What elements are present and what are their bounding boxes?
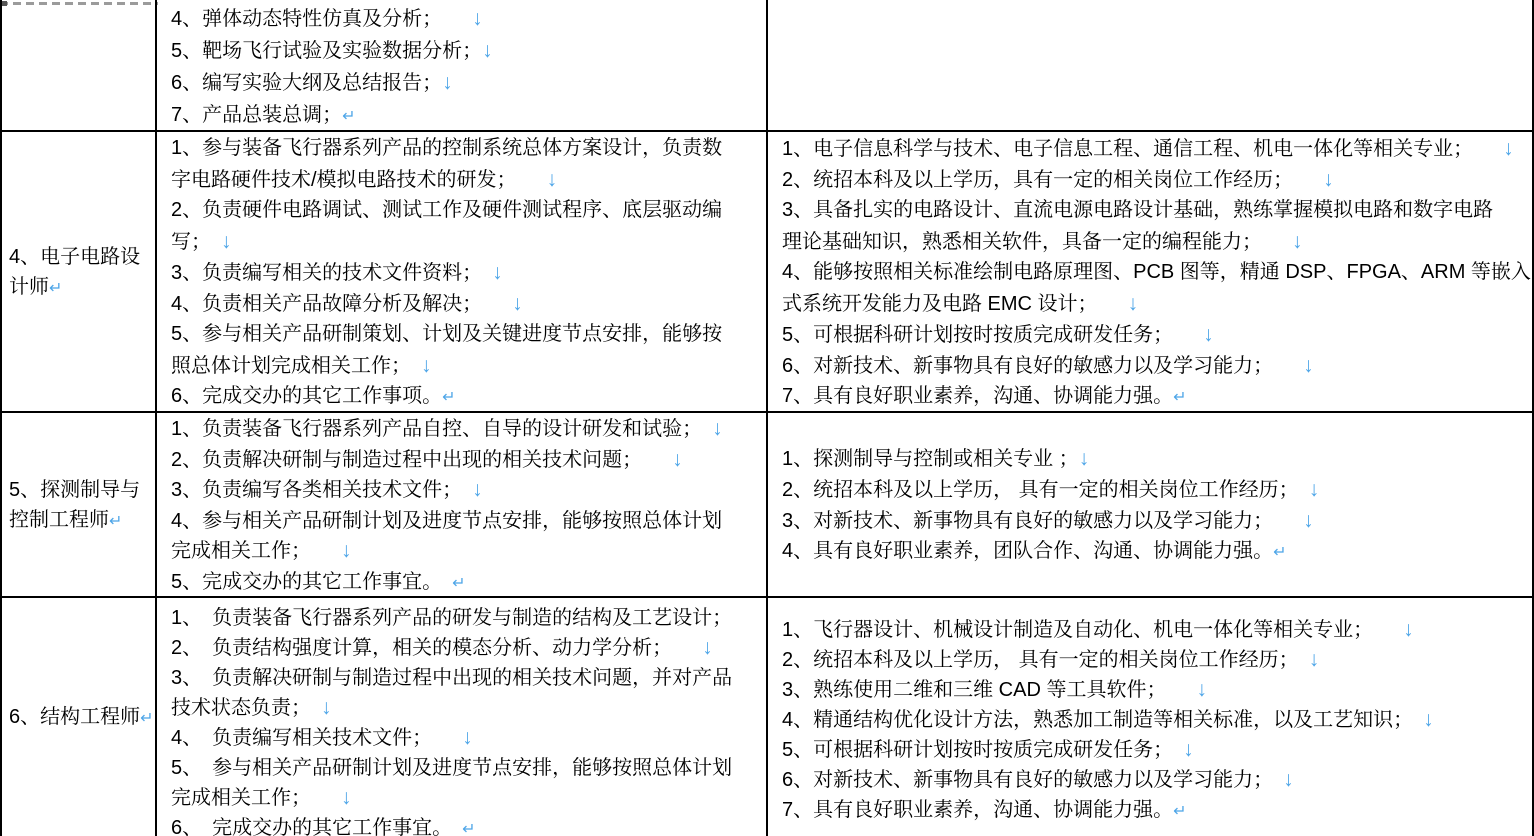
text-line[interactable]: 1、电子信息科学与技术、电子信息工程、通信工程、机电一体化等相关专业； ↓ (782, 133, 1530, 164)
line-break-mark-icon: ↓ (1403, 618, 1414, 641)
line-text: 4、 负责编写相关技术文件； (171, 727, 462, 749)
paragraph-mark-icon: ↵ (462, 821, 475, 836)
line-text: 3、负责编写各类相关技术文件； (171, 479, 472, 501)
line-text: 6、结构工程师 (9, 706, 140, 728)
text-line[interactable]: 写； ↓ (171, 226, 764, 257)
line-text: 4、弹体动态特性仿真及分析； (171, 8, 472, 30)
text-line[interactable]: 5、靶场飞行试验及实验数据分析；↓ (171, 35, 764, 67)
line-text: 式系统开发能力及电路 EMC 设计； (782, 293, 1128, 315)
line-break-mark-icon: ↓ (492, 261, 503, 284)
line-break-mark-icon: ↓ (702, 636, 713, 659)
duties-cell[interactable]: 1、 负责装备飞行器系列产品的研发与制造的结构及工艺设计；2、 负责结构强度计算… (157, 598, 768, 836)
line-break-mark-icon: ↓ (512, 292, 523, 315)
text-line[interactable]: 完成相关工作； ↓ (171, 536, 764, 567)
line-break-mark-icon: ↓ (1283, 768, 1294, 791)
position-cell[interactable]: 5、探测制导与控制工程师↵ (2, 413, 157, 596)
text-line[interactable]: 5、完成交办的其它工作事宜。 ↵ (171, 567, 764, 597)
line-text: 2、 负责结构强度计算，相关的模态分析、动力学分析； (171, 637, 702, 659)
paragraph-mark-icon: ↵ (1273, 544, 1286, 561)
line-break-mark-icon: ↓ (1303, 354, 1314, 377)
line-text: 完成相关工作； (171, 787, 341, 809)
line-break-mark-icon: ↓ (442, 71, 453, 94)
line-text: 写； (171, 231, 221, 253)
line-text: 7、具有良好职业素养，沟通、协调能力强。 (782, 385, 1173, 407)
line-text: 4、具有良好职业素养，团队合作、沟通、协调能力强。 (782, 540, 1273, 562)
paragraph-mark-icon: ↵ (442, 389, 455, 406)
text-line[interactable]: 3、对新技术、新事物具有良好的敏感力以及学习能力； ↓ (782, 505, 1530, 536)
requirements-cell[interactable]: 1、探测制导与控制或相关专业 ；↓2、统招本科及以上学历， 具有一定的相关岗位工… (768, 413, 1532, 596)
line-text: 6、 完成交办的其它工作事宜。 (171, 817, 462, 836)
text-line[interactable]: 3、 负责解决研制与制造过程中出现的相关技术问题，并对产品 (171, 663, 764, 693)
line-text: 6、完成交办的其它工作事项。 (171, 385, 442, 407)
text-line[interactable]: 技术状态负责； ↓ (171, 693, 764, 723)
line-break-mark-icon: ↓ (1292, 230, 1303, 253)
paragraph-mark-icon: ↵ (1173, 803, 1186, 820)
line-break-mark-icon: ↓ (1303, 509, 1314, 532)
text-line[interactable]: 4、弹体动态特性仿真及分析； ↓ (171, 3, 764, 35)
line-break-mark-icon: ↓ (321, 696, 332, 719)
line-text: 1、负责装备飞行器系列产品自控、自导的设计研发和试验； (171, 418, 712, 440)
line-text: 3、负责编写相关的技术文件资料； (171, 262, 492, 284)
line-text: 4、能够按照相关标准绘制电路原理图、PCB 图等，精通 DSP、FPGA、ARM… (782, 261, 1531, 283)
line-text: 计师 (9, 276, 49, 298)
duties-cell[interactable]: 4、弹体动态特性仿真及分析； ↓5、靶场飞行试验及实验数据分析；↓6、编写实验大… (157, 0, 768, 130)
text-line[interactable]: 计师↵ (9, 272, 155, 302)
line-text: 3、熟练使用二维和三维 CAD 等工具软件； (782, 679, 1196, 701)
position-cell[interactable]: 4、电子电路设计师↵ (2, 132, 157, 411)
line-break-mark-icon: ↓ (472, 7, 483, 30)
line-text: 1、探测制导与控制或相关专业 ； (782, 448, 1079, 470)
text-line[interactable]: 2、统招本科及以上学历，具有一定的相关岗位工作经历； ↓ (782, 164, 1530, 195)
text-line[interactable]: 6、 完成交办的其它工作事宜。 ↵ (171, 813, 764, 836)
table-row: 6、结构工程师↵ 1、 负责装备飞行器系列产品的研发与制造的结构及工艺设计；2、… (2, 598, 1532, 836)
line-text: 3、具备扎实的电路设计、直流电源电路设计基础，熟练掌握模拟电路和数字电路 (782, 199, 1493, 221)
line-break-mark-icon: ↓ (547, 168, 558, 191)
line-break-mark-icon: ↓ (1503, 137, 1514, 160)
line-text: 1、参与装备飞行器系列产品的控制系统总体方案设计，负责数 (171, 137, 722, 159)
text-line[interactable]: 5、可根据科研计划按时按质完成研发任务； ↓ (782, 735, 1530, 765)
text-line[interactable]: 7、具有良好职业素养，沟通、协调能力强。↵ (782, 381, 1530, 411)
text-line[interactable]: 2、统招本科及以上学历， 具有一定的相关岗位工作经历； ↓ (782, 474, 1530, 505)
line-break-mark-icon: ↓ (712, 417, 723, 440)
position-cell[interactable]: 6、结构工程师↵ (2, 598, 157, 836)
text-line[interactable]: 6、完成交办的其它工作事项。↵ (171, 381, 764, 411)
line-break-mark-icon: ↓ (462, 726, 473, 749)
text-line[interactable]: 1、负责装备飞行器系列产品自控、自导的设计研发和试验； ↓ (171, 414, 764, 445)
line-break-mark-icon: ↓ (1309, 648, 1320, 671)
table-row: 4、弹体动态特性仿真及分析； ↓5、靶场飞行试验及实验数据分析；↓6、编写实验大… (2, 0, 1532, 132)
job-positions-table: 4、弹体动态特性仿真及分析； ↓5、靶场飞行试验及实验数据分析；↓6、编写实验大… (0, 0, 1534, 836)
line-text: 4、电子电路设 (9, 246, 140, 268)
line-break-mark-icon: ↓ (341, 539, 352, 562)
line-break-mark-icon: ↓ (1203, 323, 1214, 346)
line-text: 5、靶场飞行试验及实验数据分析； (171, 40, 482, 62)
text-line[interactable]: 3、具备扎实的电路设计、直流电源电路设计基础，熟练掌握模拟电路和数字电路 (782, 195, 1530, 226)
text-line[interactable]: 6、编写实验大纲及总结报告；↓ (171, 67, 764, 99)
text-line[interactable]: 7、具有良好职业素养，沟通、协调能力强。↵ (782, 795, 1530, 825)
line-text: 4、精通结构优化设计方法，熟悉加工制造等相关标准，以及工艺知识； (782, 709, 1423, 731)
text-line[interactable]: 6、对新技术、新事物具有良好的敏感力以及学习能力； ↓ (782, 765, 1530, 795)
line-text: 5、探测制导与 (9, 479, 140, 501)
line-break-mark-icon: ↓ (672, 448, 683, 471)
text-line[interactable]: 3、负责编写各类相关技术文件； ↓ (171, 475, 764, 506)
line-text: 1、 负责装备飞行器系列产品的研发与制造的结构及工艺设计； (171, 607, 732, 629)
line-text: 4、参与相关产品研制计划及进度节点安排，能够按照总体计划 (171, 510, 722, 532)
text-line[interactable]: 4、 负责编写相关技术文件； ↓ (171, 723, 764, 753)
line-text: 理论基础知识，熟悉相关软件，具备一定的编程能力； (782, 231, 1292, 253)
line-text: 2、统招本科及以上学历， 具有一定的相关岗位工作经历； (782, 479, 1309, 501)
line-break-mark-icon: ↓ (341, 786, 352, 809)
line-text: 5、参与相关产品研制策划、计划及关键进度节点安排，能够按 (171, 323, 722, 345)
text-line[interactable]: 2、 负责结构强度计算，相关的模态分析、动力学分析； ↓ (171, 633, 764, 663)
paragraph-mark-icon: ↵ (140, 710, 153, 727)
line-text: 照总体计划完成相关工作； (171, 355, 421, 377)
line-text: 2、统招本科及以上学历，具有一定的相关岗位工作经历； (782, 169, 1323, 191)
text-line[interactable]: 字电路硬件技术/模拟电路技术的研发； ↓ (171, 164, 764, 195)
text-line[interactable]: 理论基础知识，熟悉相关软件，具备一定的编程能力； ↓ (782, 226, 1530, 257)
text-line[interactable]: 式系统开发能力及电路 EMC 设计； ↓ (782, 288, 1530, 319)
line-text: 6、编写实验大纲及总结报告； (171, 72, 442, 94)
line-text: 完成相关工作； (171, 540, 341, 562)
text-line[interactable]: 完成相关工作； ↓ (171, 783, 764, 813)
line-text: 6、对新技术、新事物具有良好的敏感力以及学习能力； (782, 355, 1303, 377)
text-line[interactable]: 1、飞行器设计、机械设计制造及自动化、机电一体化等相关专业； ↓ (782, 615, 1530, 645)
line-break-mark-icon: ↓ (421, 354, 432, 377)
paragraph-mark-icon: ↵ (49, 280, 62, 297)
text-line[interactable]: 5、参与相关产品研制策划、计划及关键进度节点安排，能够按 (171, 319, 764, 350)
line-break-mark-icon: ↓ (1309, 478, 1320, 501)
text-line[interactable]: 2、统招本科及以上学历， 具有一定的相关岗位工作经历； ↓ (782, 645, 1530, 675)
line-text: 2、统招本科及以上学历， 具有一定的相关岗位工作经历； (782, 649, 1309, 671)
line-text: 2、负责硬件电路调试、测试工作及硬件测试程序、底层驱动编 (171, 199, 722, 221)
text-line[interactable]: 2、负责解决研制与制造过程中出现的相关技术问题； ↓ (171, 445, 764, 476)
paragraph-mark-icon: ↵ (452, 575, 465, 592)
text-line[interactable]: 1、探测制导与控制或相关专业 ；↓ (782, 443, 1530, 474)
line-text: 3、对新技术、新事物具有良好的敏感力以及学习能力； (782, 510, 1303, 532)
text-line[interactable]: 4、具有良好职业素养，团队合作、沟通、协调能力强。↵ (782, 536, 1530, 567)
requirements-cell[interactable] (768, 0, 1532, 130)
line-break-mark-icon: ↓ (1128, 292, 1139, 315)
line-text: 5、 参与相关产品研制计划及进度节点安排，能够按照总体计划 (171, 757, 732, 779)
line-break-mark-icon: ↓ (1423, 708, 1434, 731)
text-line[interactable]: 5、探测制导与 (9, 475, 155, 505)
text-line[interactable]: 5、 参与相关产品研制计划及进度节点安排，能够按照总体计划 (171, 753, 764, 783)
line-text: 4、负责相关产品故障分析及解决； (171, 293, 512, 315)
duties-cell[interactable]: 1、参与装备飞行器系列产品的控制系统总体方案设计，负责数字电路硬件技术/模拟电路… (157, 132, 768, 411)
text-line[interactable]: 1、 负责装备飞行器系列产品的研发与制造的结构及工艺设计； (171, 603, 764, 633)
text-line[interactable]: 控制工程师↵ (9, 505, 155, 535)
text-line[interactable]: 4、负责相关产品故障分析及解决； ↓ (171, 288, 764, 319)
line-break-mark-icon: ↓ (1079, 447, 1090, 470)
line-text: 7、具有良好职业素养，沟通、协调能力强。 (782, 799, 1173, 821)
paragraph-mark-icon: ↵ (1173, 389, 1186, 406)
line-text: 控制工程师 (9, 509, 109, 531)
text-line[interactable]: 3、熟练使用二维和三维 CAD 等工具软件； ↓ (782, 675, 1530, 705)
line-text: 5、可根据科研计划按时按质完成研发任务； (782, 739, 1183, 761)
line-text: 2、负责解决研制与制造过程中出现的相关技术问题； (171, 449, 672, 471)
line-text: 1、电子信息科学与技术、电子信息工程、通信工程、机电一体化等相关专业； (782, 138, 1503, 160)
text-line[interactable]: 6、结构工程师↵ (9, 702, 155, 732)
line-text: 字电路硬件技术/模拟电路技术的研发； (171, 169, 547, 191)
line-text: 5、可根据科研计划按时按质完成研发任务； (782, 324, 1203, 346)
duties-cell[interactable]: 1、负责装备飞行器系列产品自控、自导的设计研发和试验； ↓2、负责解决研制与制造… (157, 413, 768, 596)
text-line[interactable]: 4、能够按照相关标准绘制电路原理图、PCB 图等，精通 DSP、FPGA、ARM… (782, 257, 1530, 288)
line-text: 技术状态负责； (171, 697, 321, 719)
line-text: 1、飞行器设计、机械设计制造及自动化、机电一体化等相关专业； (782, 619, 1403, 641)
table-row: 5、探测制导与控制工程师↵ 1、负责装备飞行器系列产品自控、自导的设计研发和试验… (2, 413, 1532, 598)
text-line[interactable]: 4、精通结构优化设计方法，熟悉加工制造等相关标准，以及工艺知识； ↓ (782, 705, 1530, 735)
document-page: 4、弹体动态特性仿真及分析； ↓5、靶场飞行试验及实验数据分析；↓6、编写实验大… (0, 0, 1534, 836)
text-line[interactable]: 4、参与相关产品研制计划及进度节点安排，能够按照总体计划 (171, 506, 764, 537)
text-line[interactable]: 5、可根据科研计划按时按质完成研发任务； ↓ (782, 319, 1530, 350)
text-line[interactable]: 2、负责硬件电路调试、测试工作及硬件测试程序、底层驱动编 (171, 195, 764, 226)
text-line[interactable]: 照总体计划完成相关工作； ↓ (171, 350, 764, 381)
text-line[interactable]: 4、电子电路设 (9, 242, 155, 272)
line-break-mark-icon: ↓ (482, 39, 493, 62)
line-text: 7、产品总装总调； (171, 104, 342, 126)
requirements-cell[interactable]: 1、电子信息科学与技术、电子信息工程、通信工程、机电一体化等相关专业； ↓2、统… (768, 132, 1532, 411)
line-text: 6、对新技术、新事物具有良好的敏感力以及学习能力； (782, 769, 1283, 791)
paragraph-mark-icon: ↵ (109, 513, 122, 530)
paragraph-mark-icon: ↵ (342, 108, 355, 125)
line-break-mark-icon: ↓ (472, 478, 483, 501)
position-cell[interactable] (2, 0, 157, 130)
line-break-mark-icon: ↓ (1196, 678, 1207, 701)
line-break-mark-icon: ↓ (1183, 738, 1194, 761)
table-row: 4、电子电路设计师↵ 1、参与装备飞行器系列产品的控制系统总体方案设计，负责数字… (2, 132, 1532, 413)
text-line[interactable]: 3、负责编写相关的技术文件资料； ↓ (171, 257, 764, 288)
line-text: 5、完成交办的其它工作事宜。 (171, 571, 452, 593)
line-break-mark-icon: ↓ (1323, 168, 1334, 191)
line-text: 3、 负责解决研制与制造过程中出现的相关技术问题，并对产品 (171, 667, 732, 689)
line-break-mark-icon: ↓ (221, 230, 232, 253)
text-line[interactable]: 1、参与装备飞行器系列产品的控制系统总体方案设计，负责数 (171, 133, 764, 164)
text-line[interactable]: 6、对新技术、新事物具有良好的敏感力以及学习能力； ↓ (782, 350, 1530, 381)
text-line[interactable]: 7、产品总装总调；↵ (171, 99, 764, 130)
requirements-cell[interactable]: 1、飞行器设计、机械设计制造及自动化、机电一体化等相关专业； ↓2、统招本科及以… (768, 598, 1532, 836)
